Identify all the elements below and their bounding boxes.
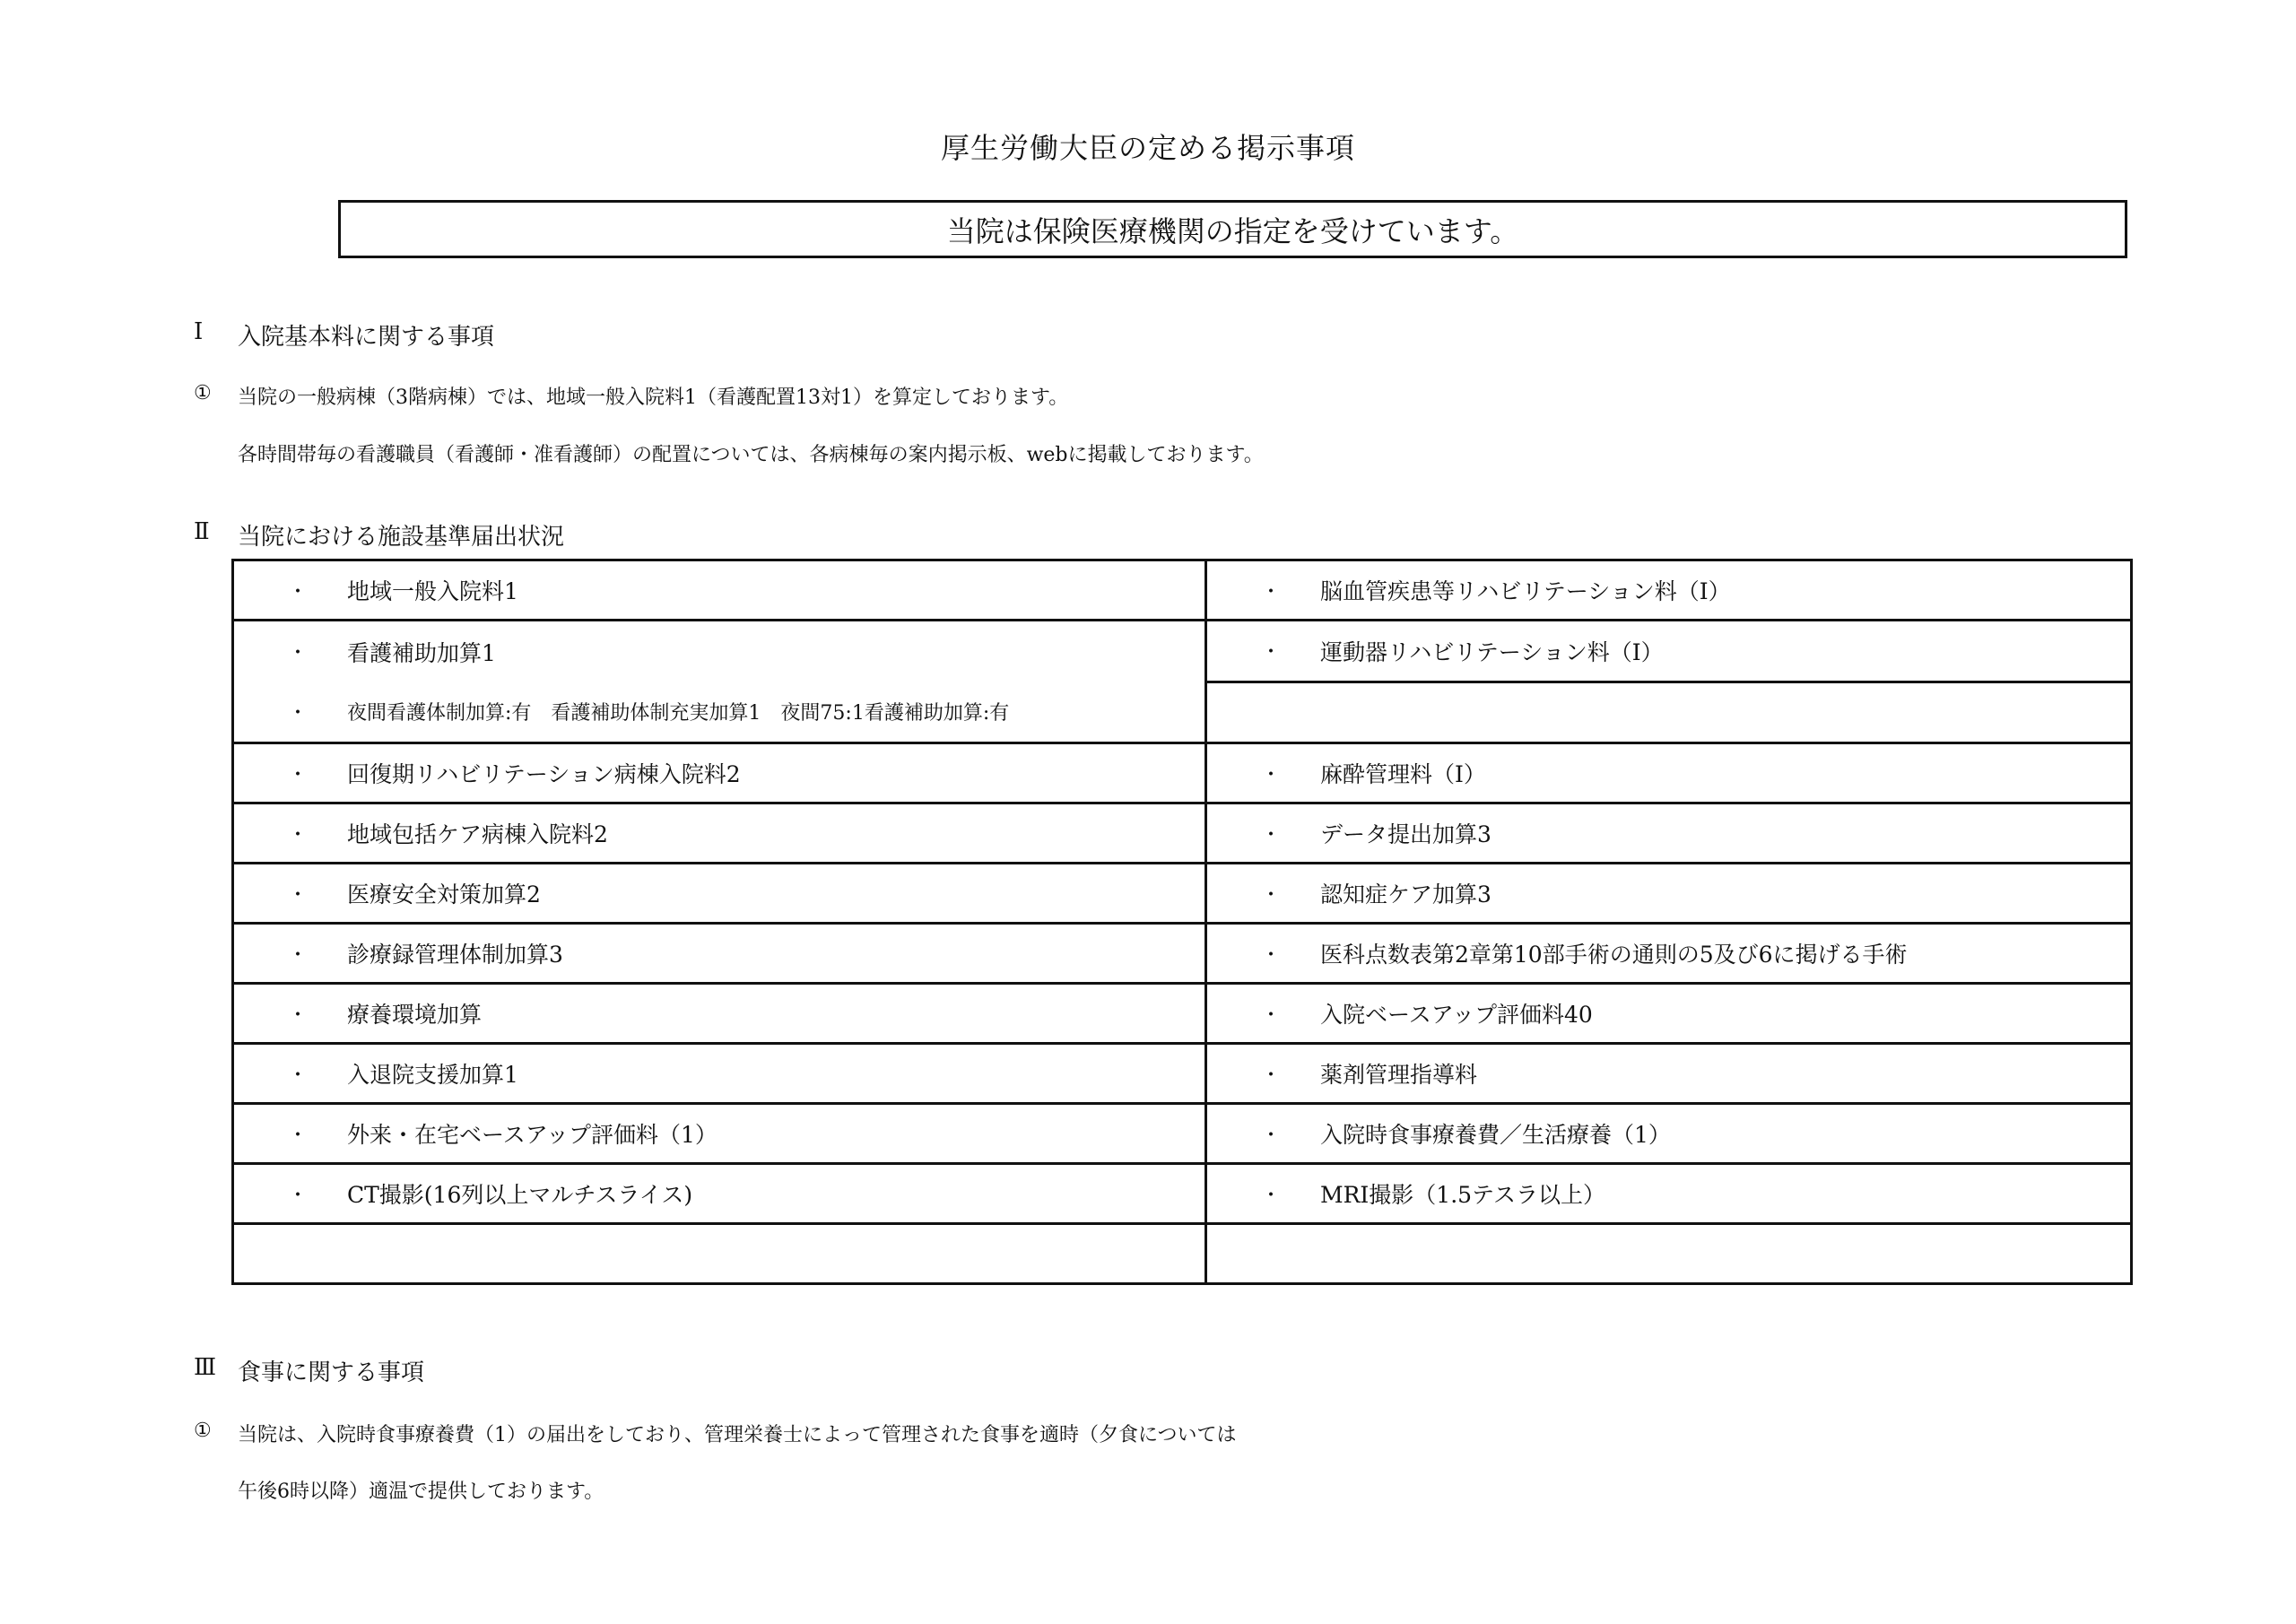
section-1-title: 入院基本料に関する事項	[238, 318, 494, 352]
table-cell: ・薬剤管理指導料	[1206, 1044, 2132, 1104]
section-1-marker: ①	[194, 382, 212, 404]
table-cell: ・CT撮影(16列以上マルチスライス)	[233, 1164, 1206, 1224]
bullet: ・	[234, 880, 347, 908]
bullet: ・	[234, 1120, 347, 1148]
facility-item: 回復期リハビリテーション病棟入院料2	[347, 757, 741, 789]
table-cell: ・外来・在宅ベースアップ評価料（1）	[233, 1104, 1206, 1164]
bullet: ・	[234, 698, 347, 725]
table-cell: ・看護補助加算1 ・夜間看護体制加算:有 看護補助体制充実加算1 夜間75:1看…	[233, 621, 1206, 743]
table-row: ・CT撮影(16列以上マルチスライス) ・MRI撮影（1.5テスラ以上）	[233, 1164, 2132, 1224]
bullet: ・	[1207, 1000, 1320, 1028]
facility-item: 療養環境加算	[347, 997, 482, 1029]
table-cell: ・地域一般入院料1	[233, 560, 1206, 621]
facility-item: 外来・在宅ベースアップ評価料（1）	[347, 1117, 717, 1150]
facility-item: 麻酔管理料（Ⅰ）	[1320, 757, 1486, 789]
table-cell-empty	[1206, 1224, 2132, 1284]
table-cell: ・麻酔管理料（Ⅰ）	[1206, 743, 2132, 803]
section-3-line-1: 当院は、入院時食事療養費（1）の届出をしており、管理栄養士によって管理された食事…	[238, 1420, 1237, 1447]
notice-text: 当院は保険医療機関の指定を受けています。	[947, 209, 1518, 250]
table-row: ・診療録管理体制加算3 ・医科点数表第2章第10部手術の通則の5及び6に掲げる手…	[233, 924, 2132, 984]
table-cell: ・MRI撮影（1.5テスラ以上）	[1206, 1164, 2132, 1224]
section-2-numeral: Ⅱ	[194, 518, 210, 545]
facility-item: 診療録管理体制加算3	[347, 937, 563, 969]
table-row: ・地域包括ケア病棟入院料2 ・データ提出加算3	[233, 803, 2132, 864]
table-row-empty	[233, 1224, 2132, 1284]
bullet: ・	[1207, 577, 1320, 604]
facility-item: 地域包括ケア病棟入院料2	[347, 817, 608, 849]
table-row: ・地域一般入院料1 ・脳血管疾患等リハビリテーション料（Ⅰ）	[233, 560, 2132, 621]
facility-item: 認知症ケア加算3	[1320, 877, 1492, 909]
table-cell: ・回復期リハビリテーション病棟入院料2	[233, 743, 1206, 803]
notice-box: 当院は保険医療機関の指定を受けています。	[338, 200, 2127, 258]
bullet: ・	[234, 577, 347, 604]
table-cell: ・脳血管疾患等リハビリテーション料（Ⅰ）	[1206, 560, 2132, 621]
bullet: ・	[1207, 1180, 1320, 1208]
bullet: ・	[234, 1060, 347, 1088]
facility-item: MRI撮影（1.5テスラ以上）	[1320, 1177, 1605, 1210]
table-cell: ・入院ベースアップ評価料40	[1206, 984, 2132, 1044]
section-2-title: 当院における施設基準届出状況	[238, 518, 564, 551]
section-1-numeral: Ⅰ	[194, 318, 203, 345]
page-title: 厚生労働大臣の定める掲示事項	[0, 126, 2296, 167]
bullet: ・	[234, 820, 347, 847]
table-cell: ・データ提出加算3	[1206, 803, 2132, 864]
table-cell: ・地域包括ケア病棟入院料2	[233, 803, 1206, 864]
bullet: ・	[1207, 760, 1320, 787]
facility-item: 脳血管疾患等リハビリテーション料（Ⅰ）	[1320, 574, 1731, 606]
section-3-heading: Ⅲ 食事に関する事項	[0, 1354, 2296, 1386]
bullet: ・	[1207, 637, 1320, 664]
section-1-line-2: 各時間帯毎の看護職員（看護師・准看護師）の配置については、各病棟毎の案内掲示板、…	[238, 439, 1264, 467]
bullet: ・	[1207, 1060, 1320, 1088]
facilities-table: ・地域一般入院料1 ・脳血管疾患等リハビリテーション料（Ⅰ） ・看護補助加算1 …	[231, 559, 2133, 1285]
table-cell: ・医科点数表第2章第10部手術の通則の5及び6に掲げる手術	[1206, 924, 2132, 984]
facility-item: CT撮影(16列以上マルチスライス)	[347, 1177, 692, 1210]
table-cell-empty	[233, 1224, 1206, 1284]
section-3-line-2: 午後6時以降）適温で提供しております。	[238, 1476, 604, 1504]
section-1-heading: Ⅰ 入院基本料に関する事項	[0, 318, 2296, 351]
facility-item: 入院ベースアップ評価料40	[1320, 997, 1593, 1029]
section-1-line-1: 当院の一般病棟（3階病棟）では、地域一般入院料1（看護配置13対1）を算定してお…	[238, 382, 1068, 410]
facility-item: 入院時食事療養費／生活療養（1）	[1320, 1117, 1671, 1150]
table-row: ・回復期リハビリテーション病棟入院料2 ・麻酔管理料（Ⅰ）	[233, 743, 2132, 803]
table-cell: ・認知症ケア加算3	[1206, 864, 2132, 924]
table-row: ・看護補助加算1 ・夜間看護体制加算:有 看護補助体制充実加算1 夜間75:1看…	[233, 621, 2132, 682]
facility-item: 医科点数表第2章第10部手術の通則の5及び6に掲げる手術	[1320, 937, 1908, 969]
facility-item: 薬剤管理指導料	[1320, 1057, 1477, 1090]
table-cell-empty	[1206, 682, 2132, 743]
bullet: ・	[234, 1180, 347, 1208]
bullet: ・	[234, 940, 347, 968]
table-row: ・外来・在宅ベースアップ評価料（1） ・入院時食事療養費／生活療養（1）	[233, 1104, 2132, 1164]
bullet: ・	[1207, 1120, 1320, 1148]
bullet: ・	[234, 638, 347, 665]
section-2-heading: Ⅱ 当院における施設基準届出状況	[0, 518, 2296, 551]
facility-item: 看護補助加算1	[347, 636, 496, 668]
table-cell: ・診療録管理体制加算3	[233, 924, 1206, 984]
facility-item: 入退院支援加算1	[347, 1057, 518, 1090]
facility-item: 地域一般入院料1	[347, 574, 518, 606]
bullet: ・	[1207, 880, 1320, 908]
bullet: ・	[1207, 940, 1320, 968]
table-cell: ・入院時食事療養費／生活療養（1）	[1206, 1104, 2132, 1164]
table-row: ・入退院支援加算1 ・薬剤管理指導料	[233, 1044, 2132, 1104]
table-cell: ・療養環境加算	[233, 984, 1206, 1044]
bullet: ・	[234, 1000, 347, 1028]
table-cell: ・運動器リハビリテーション料（Ⅰ）	[1206, 621, 2132, 682]
section-3-title: 食事に関する事項	[238, 1354, 424, 1387]
table-cell: ・入退院支援加算1	[233, 1044, 1206, 1104]
facility-item: 運動器リハビリテーション料（Ⅰ）	[1320, 635, 1664, 667]
section-3-marker: ①	[194, 1420, 212, 1442]
bullet: ・	[234, 760, 347, 787]
facility-item: 医療安全対策加算2	[347, 877, 541, 909]
table-cell: ・医療安全対策加算2	[233, 864, 1206, 924]
bullet: ・	[1207, 820, 1320, 847]
facility-subitem: 夜間看護体制加算:有 看護補助体制充実加算1 夜間75:1看護補助加算:有	[347, 698, 1009, 725]
table-row: ・療養環境加算 ・入院ベースアップ評価料40	[233, 984, 2132, 1044]
table-row: ・医療安全対策加算2 ・認知症ケア加算3	[233, 864, 2132, 924]
section-3-numeral: Ⅲ	[194, 1354, 216, 1381]
facility-item: データ提出加算3	[1320, 817, 1492, 849]
